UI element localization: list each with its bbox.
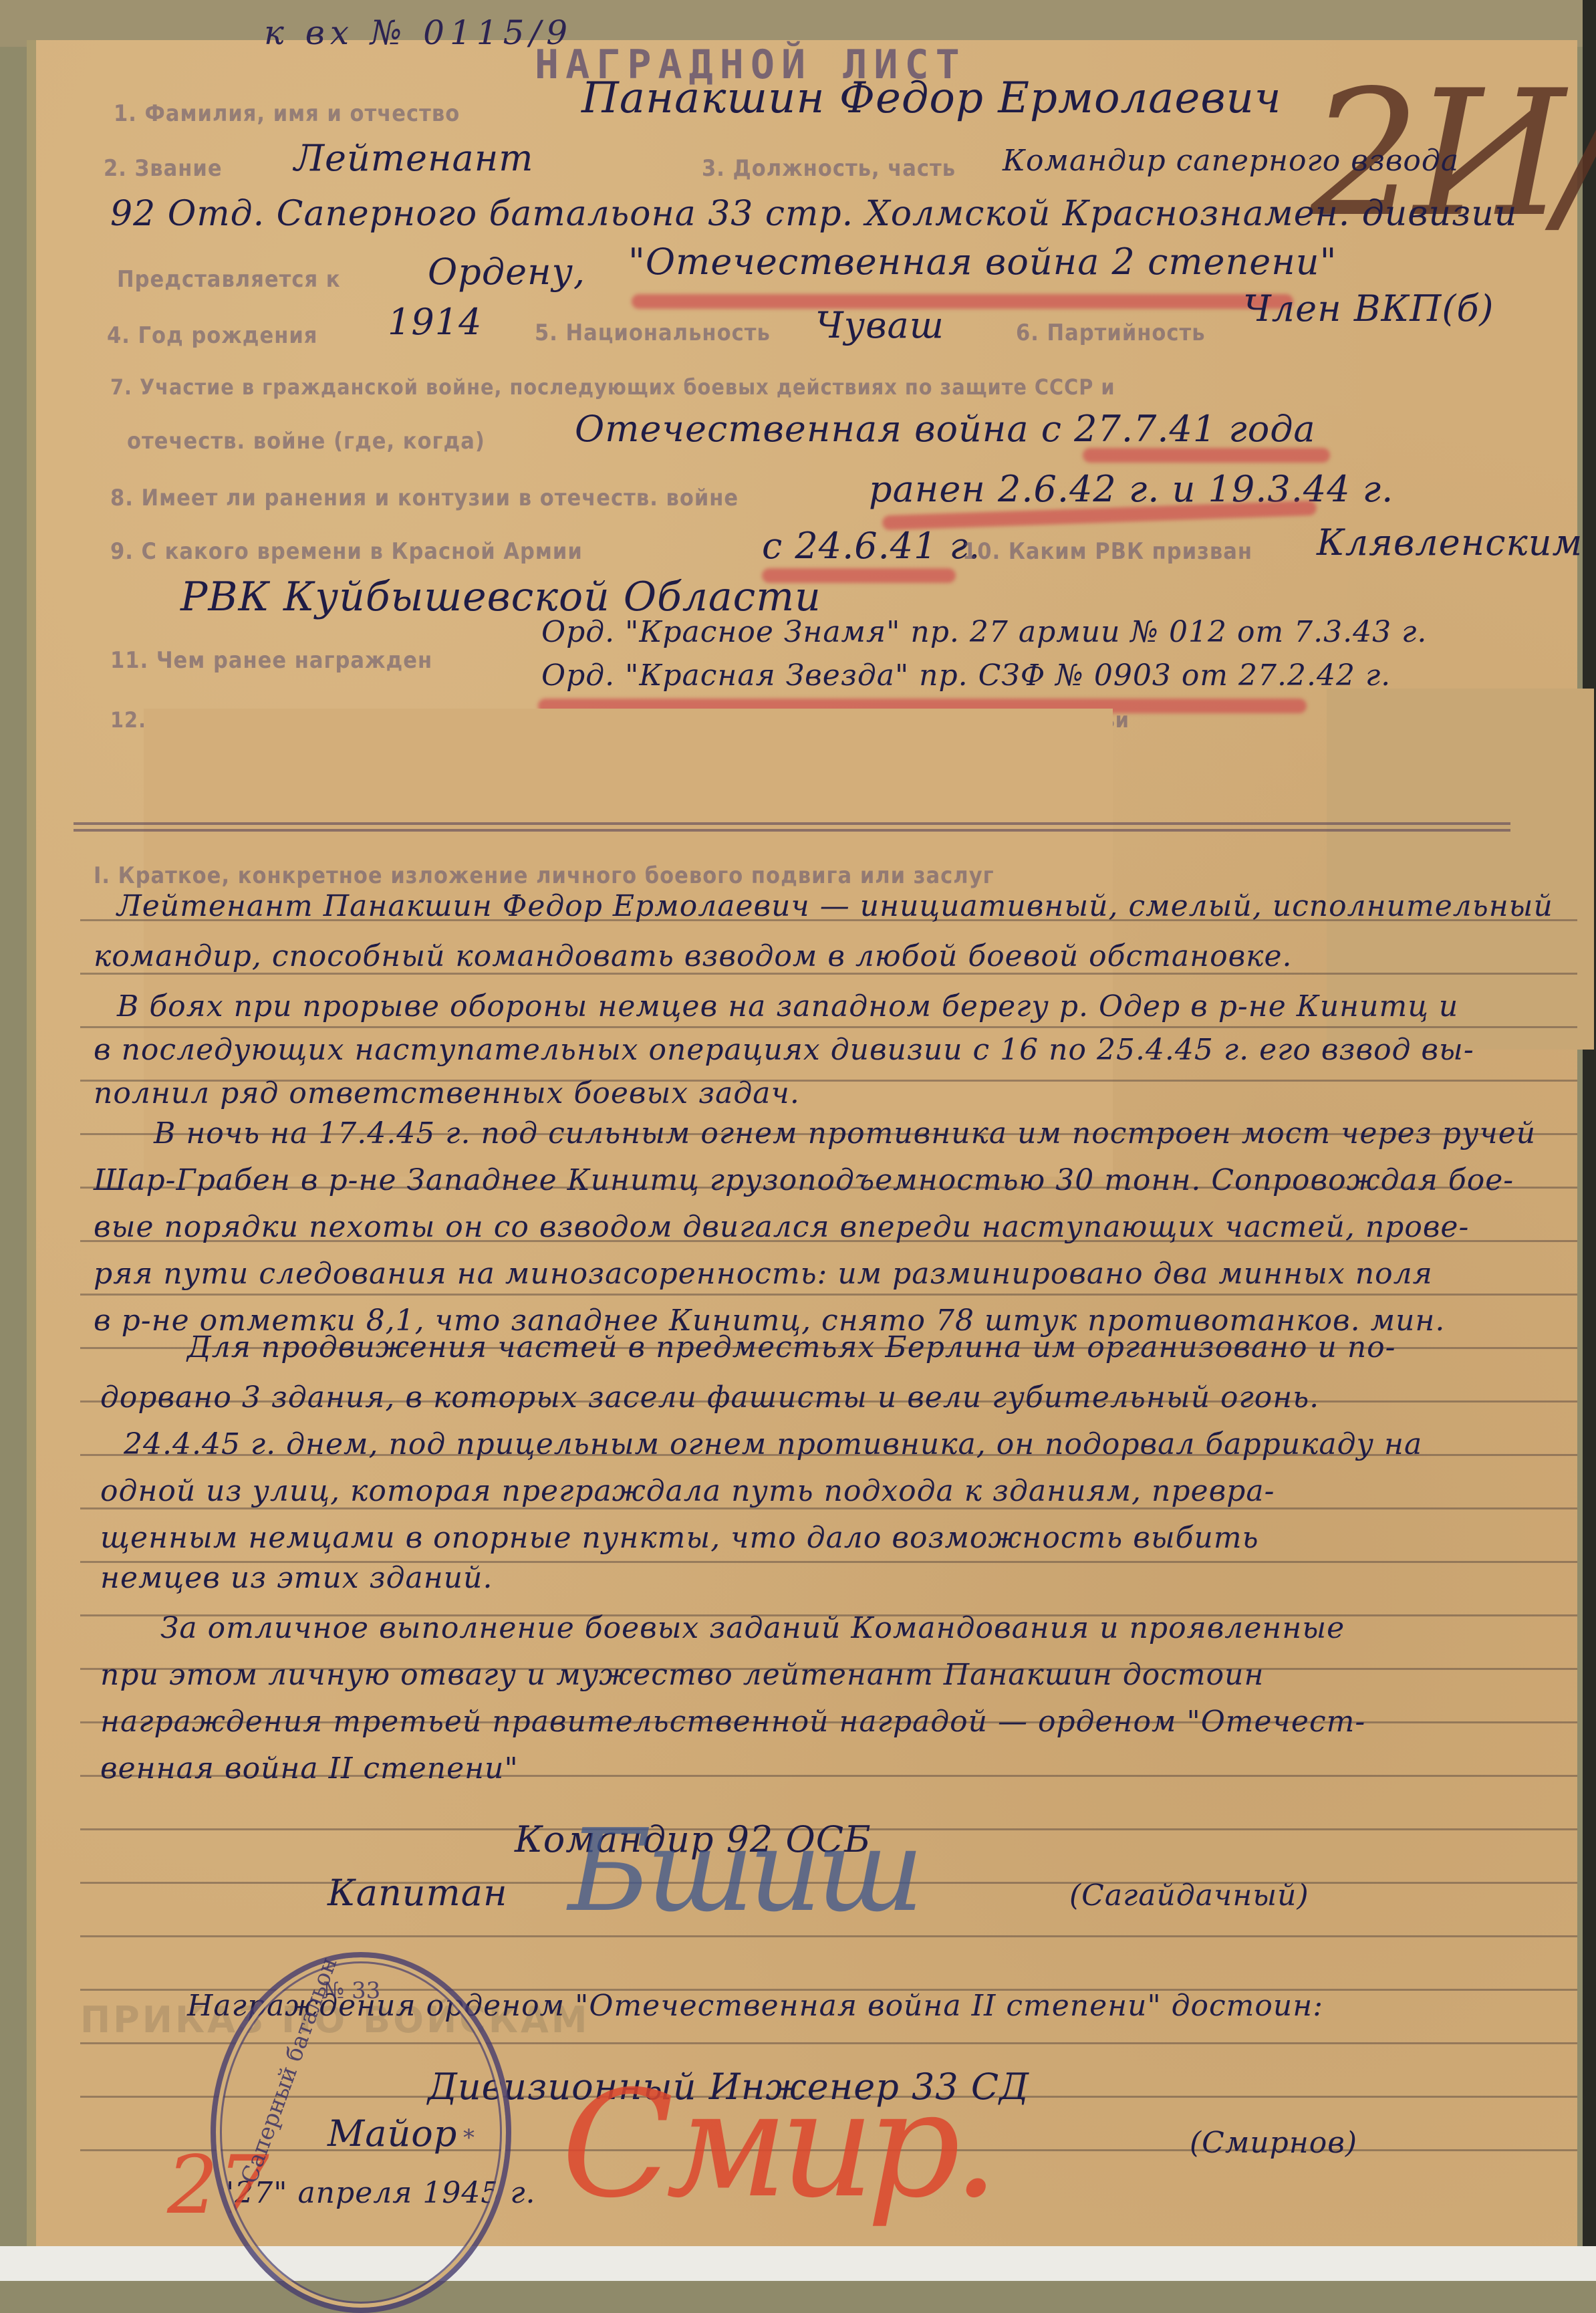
field-war-participation-value: Отечественная война с 27.7.41 года	[575, 408, 1316, 450]
narrative-line: при этом личную отвагу и мужество лейтен…	[100, 1658, 1264, 1692]
presented-order-value: "Отечественная война 2 степени"	[628, 241, 1337, 283]
field-rank-value: Лейтенант	[294, 137, 534, 179]
field-name-value: Панакшин Федор Ермолаевич	[581, 74, 1282, 123]
narrative-line: щенным немцами в опорные пункты, что дал…	[100, 1521, 1259, 1555]
presented-label: Представляется к	[117, 266, 341, 293]
field-wounds-label: 8. Имеет ли ранения и контузии в отечест…	[110, 485, 739, 511]
field-position-label: 3. Должность, часть	[702, 155, 956, 182]
commander-signature: Бшиш	[568, 1805, 918, 1937]
field-army-since-value: с 24.6.41 г.	[762, 525, 980, 567]
narrative-line: вые порядки пехоты он со взводом двигалс…	[94, 1210, 1469, 1244]
field-birth-year-value: 1914	[388, 301, 482, 343]
field-name-label: 1. Фамилия, имя и отчество	[114, 100, 460, 127]
engineer-signature-red: Смир.	[561, 2059, 991, 2230]
narrative-line: дорвано 3 здания, в которых засели фашис…	[100, 1380, 1319, 1415]
narrative-line: ряя пути следования на минозасоренность:…	[94, 1257, 1433, 1291]
prior-award-item: Орд. "Красное Знамя" пр. 27 армии № 012 …	[541, 615, 1427, 649]
field-rank-label: 2. Звание	[104, 155, 223, 182]
narrative-line: венная война II степени"	[100, 1751, 519, 1786]
field-conscription-value: Клявленским	[1317, 521, 1583, 564]
ruled-line	[80, 1026, 1577, 1028]
stamp-star: *	[463, 2124, 475, 2151]
narrative-line: в последующих наступательных операциях д…	[94, 1033, 1474, 1067]
narrative-line: Лейтенант Панакшин Федор Ермолаевич — ин…	[117, 889, 1553, 923]
red-pencil-underline	[632, 294, 1293, 309]
commander-rank: Капитан	[327, 1872, 508, 1914]
narrative-line: награждения третьей правительственной на…	[100, 1705, 1365, 1739]
narrative-line: командир, способный командовать взводом …	[94, 939, 1292, 973]
field-conscription-label: 10. Каким РВК призван	[962, 538, 1252, 565]
field-party-value: Член ВКП(б)	[1243, 287, 1494, 330]
field-position-unit: 92 Отд. Саперного батальона 33 стр. Холм…	[110, 194, 1517, 234]
narrative-line: 24.4.45 г. днем, под прицельным огнем пр…	[124, 1427, 1422, 1461]
ruled-line	[80, 1294, 1577, 1296]
scan-right-edge	[1583, 0, 1596, 2281]
field-army-since-label: 9. С какого времени в Красной Армии	[110, 538, 583, 565]
narrative-line: полнил ряд ответственных боевых задач.	[94, 1076, 800, 1110]
field-prior-awards-label: 11. Чем ранее награжден	[110, 647, 432, 674]
field-war-participation-label: 7. Участие в гражданской войне, последую…	[110, 374, 1115, 400]
presented-order-prefix: Ордену,	[428, 251, 585, 293]
engineer-name: (Смирнов)	[1190, 2126, 1357, 2160]
field-position-value: Командир саперного взвода	[1003, 144, 1459, 178]
narrative-line: Для продвижения частей в предместьях Бер…	[187, 1330, 1396, 1364]
prior-award-item: Орд. "Красная Звезда" пр. СЗФ № 0903 от …	[541, 658, 1391, 693]
narrative-label: I. Краткое, конкретное изложение личного…	[94, 862, 994, 889]
incoming-reference-note: к вх № 0115/9	[264, 13, 573, 52]
field-conscription-value-cont: РВК Куйбышевской Области	[180, 574, 821, 620]
section-divider	[74, 829, 1510, 832]
field-party-label: 6. Партийность	[1016, 320, 1206, 346]
field-birth-year-label: 4. Год рождения	[107, 322, 317, 349]
field-war-participation-label-cont: отечеств. войне (где, когда)	[127, 428, 485, 455]
narrative-line: немцев из этих зданий.	[100, 1561, 493, 1595]
commander-name: (Сагайдачный)	[1069, 1878, 1309, 1913]
narrative-line: В ночь на 17.4.45 г. под сильным огнем п…	[154, 1116, 1536, 1150]
scan-bottom-edge	[0, 2246, 1596, 2281]
narrative-line: одной из улиц, которая преграждала путь …	[100, 1474, 1275, 1508]
red-pencil-underline	[1083, 448, 1330, 463]
narrative-line: В боях при прорыве обороны немцев на зап…	[117, 989, 1458, 1023]
section-divider	[74, 822, 1510, 825]
narrative-line: Шар-Грабен в р-не Западнее Кинитц грузоп…	[94, 1163, 1514, 1197]
field-nationality-label: 5. Национальность	[535, 320, 771, 346]
field-nationality-value: Чуваш	[815, 304, 944, 346]
narrative-line: За отличное выполнение боевых заданий Ко…	[160, 1611, 1345, 1645]
